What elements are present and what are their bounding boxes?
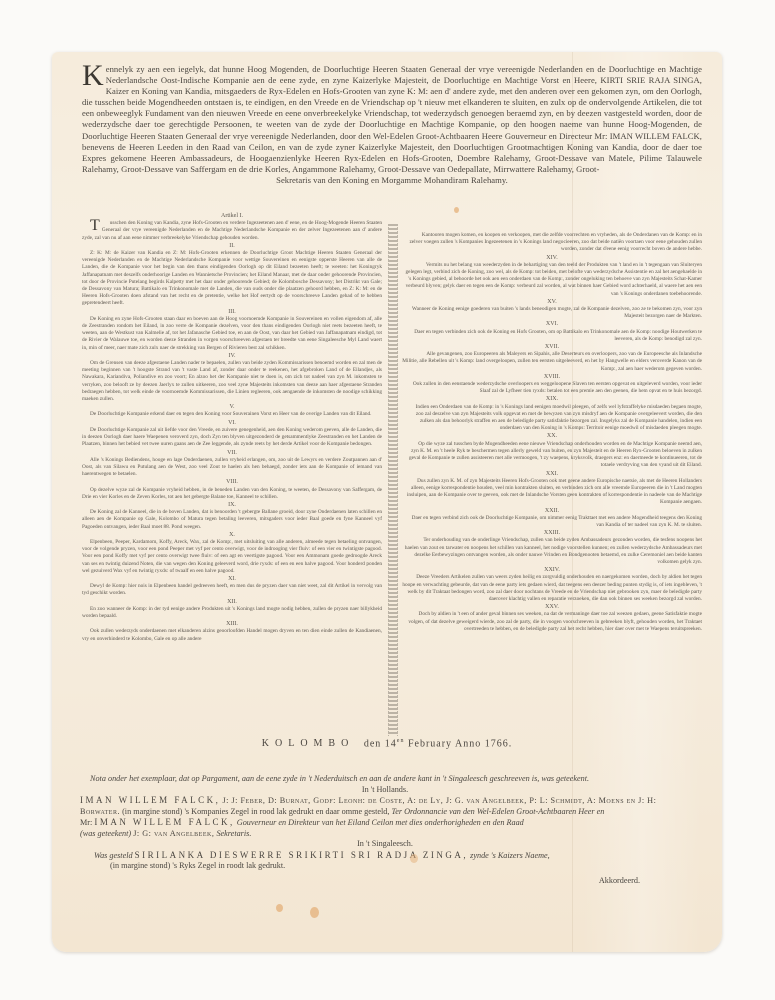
article-number: XXII. xyxy=(402,508,702,515)
dateline-ordinal: en xyxy=(397,738,405,744)
article-text: Elpenbeen, Peeper, Kardamom, Koffy, Arec… xyxy=(82,539,382,575)
sinhala-prefix: Was gesteld xyxy=(94,851,133,860)
article-number: XVIII. xyxy=(402,374,702,381)
governor-name: IMAN WILLEM FALCK, xyxy=(94,817,234,827)
article-text: En zoo wanneer de Komp: in der tyd eenig… xyxy=(82,606,382,620)
treaty-preamble: K ennelyk zy aen een iegelyk, dat hunne … xyxy=(82,64,702,186)
article-number: IX. xyxy=(82,502,382,509)
article-number: XII. xyxy=(82,599,382,606)
article-number: X. xyxy=(82,532,382,539)
dutch-signatories: IMAN WILLEM FALCK, J: J: Feber, D: Burna… xyxy=(80,795,690,817)
governor-line: Mr: IMAN WILLEM FALCK, Gouverneur en Dir… xyxy=(80,817,690,829)
article-number: VII. xyxy=(82,450,382,457)
ornamental-divider xyxy=(388,224,398,736)
sinhala-heading: In 't Singaleesch. xyxy=(80,839,690,850)
accorded: Akkordeerd. xyxy=(80,876,690,887)
articles-right-column: Kantooren mogen komen, en koopen en verk… xyxy=(402,232,752,633)
dutch-heading: In 't Hollands. xyxy=(80,785,690,796)
article-text: Daer en tegen verbind zich ook de Doorlu… xyxy=(402,515,702,529)
article-text: De Doorluchtige Kompanie erkend daer en … xyxy=(82,411,382,418)
article-text: Vermits nu het belang van weederzyden in… xyxy=(402,262,702,298)
preamble-last-line: Sekretaris van den Koning en Morgamme Mo… xyxy=(82,175,702,186)
dateline: KOLOMBO den 14en February Anno 1766. xyxy=(52,738,722,749)
article-number: II. xyxy=(82,243,382,250)
king-name: SIRILANKA DIESWERRE SRIKIRTI SRI RADJA Z… xyxy=(135,850,468,860)
signature-note: Nota onder het exemplaar, dat op Pargame… xyxy=(80,752,690,886)
article-text: Daer en tegen verbinden zich ook de Koni… xyxy=(402,329,702,343)
drop-cap: K xyxy=(82,64,104,88)
article-text: Alle 's Konings Bediendens, hooge en lag… xyxy=(82,457,382,479)
secretary-name: J: G: van Angelbeek, xyxy=(133,829,214,838)
article-text: Op dezelve wyze zal de Kompanie vryheid … xyxy=(82,487,382,501)
secretary-title: Sekretaris. xyxy=(216,829,251,838)
drop-cap: T xyxy=(82,220,100,232)
article-text: De Koning en zyne Hofs-Grooten staan daa… xyxy=(82,316,382,352)
article-number: XIX. xyxy=(402,396,702,403)
sinhala-seal: (in margine stond) 's Ryks Zegel in rood… xyxy=(80,861,690,872)
note-intro: Nota onder het exemplaar, dat op Pargame… xyxy=(80,774,690,785)
article-number: III. xyxy=(82,309,382,316)
article-number: VIII. xyxy=(82,479,382,486)
article-text: Om de Grensen van deeze afgestaene Lande… xyxy=(82,360,382,403)
article-text: Kantooren mogen komen, en koopen en verk… xyxy=(402,232,702,254)
article-number: XXI. xyxy=(402,471,702,478)
stain-spot xyxy=(276,904,283,912)
article-text: Dus zullen zyn K. M. of zyn Majesteits H… xyxy=(402,478,702,507)
sinhala-line: Was gesteld SIRILANKA DIESWERRE SRIKIRTI… xyxy=(80,850,690,862)
article-text: Deeze Vreeders Artikelen zullen van weer… xyxy=(402,574,702,603)
signed-note: (was geteekent) xyxy=(80,829,131,838)
article-text: Wanneer de Koning eenige goederen van bu… xyxy=(402,306,702,320)
stain-spot xyxy=(410,854,418,863)
document-sheet: K ennelyk zy aen een iegelyk, dat hunne … xyxy=(52,52,722,952)
article-text: Op die wyze zal tusschen byde Mogendheed… xyxy=(402,441,702,470)
governor-prefix: Mr: xyxy=(80,818,92,827)
article-number: V. xyxy=(82,404,382,411)
article-text: Ook zullen wederzyds onderdaenen met elk… xyxy=(82,628,382,642)
article-text: Ter onderhouding van de onderlinge Vrien… xyxy=(402,537,702,566)
articles-left-column: Artikel I.Tusschen den Koning van Kandia… xyxy=(82,212,382,643)
dateline-rest: February Anno 1766. xyxy=(408,738,512,749)
article-text: Tusschen den Koning van Kandia, zyne Hof… xyxy=(82,220,382,242)
article-number: XIV. xyxy=(402,255,702,262)
dateline-city: KOLOMBO xyxy=(262,738,355,749)
signatory-falck: IMAN WILLEM FALCK, xyxy=(80,795,220,805)
article-number: XVI. xyxy=(402,321,702,328)
article-number: IV. xyxy=(82,353,382,360)
article-number: VI. xyxy=(82,420,382,427)
article-text: De Koning zal de Kanneel, die in de bove… xyxy=(82,509,382,531)
article-text: Ook zullen in den eenstaende wederzydsch… xyxy=(402,381,702,395)
dutch-seal-note: (in margine stond) 's Kompanies Zegel in… xyxy=(122,807,389,816)
dutch-order: Ter Ordonnancie van den Wel-Edelen Groot… xyxy=(391,807,604,816)
preamble-text: ennelyk zy aen een iegelyk, dat hunne Ho… xyxy=(82,64,702,174)
article-text: De Doorluchtige Kompanie zal uit liefde … xyxy=(82,427,382,449)
dateline-date: den 14 xyxy=(364,738,397,749)
secretary-line: (was geteekent) J: G: van Angelbeek, Sek… xyxy=(80,829,690,840)
article-text: Alle gevangenen, zoo Europeeren als Male… xyxy=(402,351,702,373)
article-text: Dewyl de Komp: hier nois in Elpenbeen ha… xyxy=(82,583,382,597)
articles-columns: Artikel I.Tusschen den Koning van Kandia… xyxy=(82,212,702,732)
article-number: XVII. xyxy=(402,344,702,351)
article-text: Doch by aldien in 't een of ander geval … xyxy=(402,611,702,633)
article-number: XXIV. xyxy=(402,567,702,574)
stain-spot xyxy=(310,907,319,918)
governor-title: Gouverneur en Direkteur van het Eiland C… xyxy=(237,818,524,827)
sinhala-suffix: zynde 's Kaizers Naeme, xyxy=(470,851,550,860)
article-number: XV. xyxy=(402,299,702,306)
article-number: XX. xyxy=(402,433,702,440)
article-text: Indien een Onderdaen van de Komp: in 's … xyxy=(402,404,702,433)
article-text: Z: K: M: de Kaizer van Kandia en Z: M: H… xyxy=(82,250,382,308)
